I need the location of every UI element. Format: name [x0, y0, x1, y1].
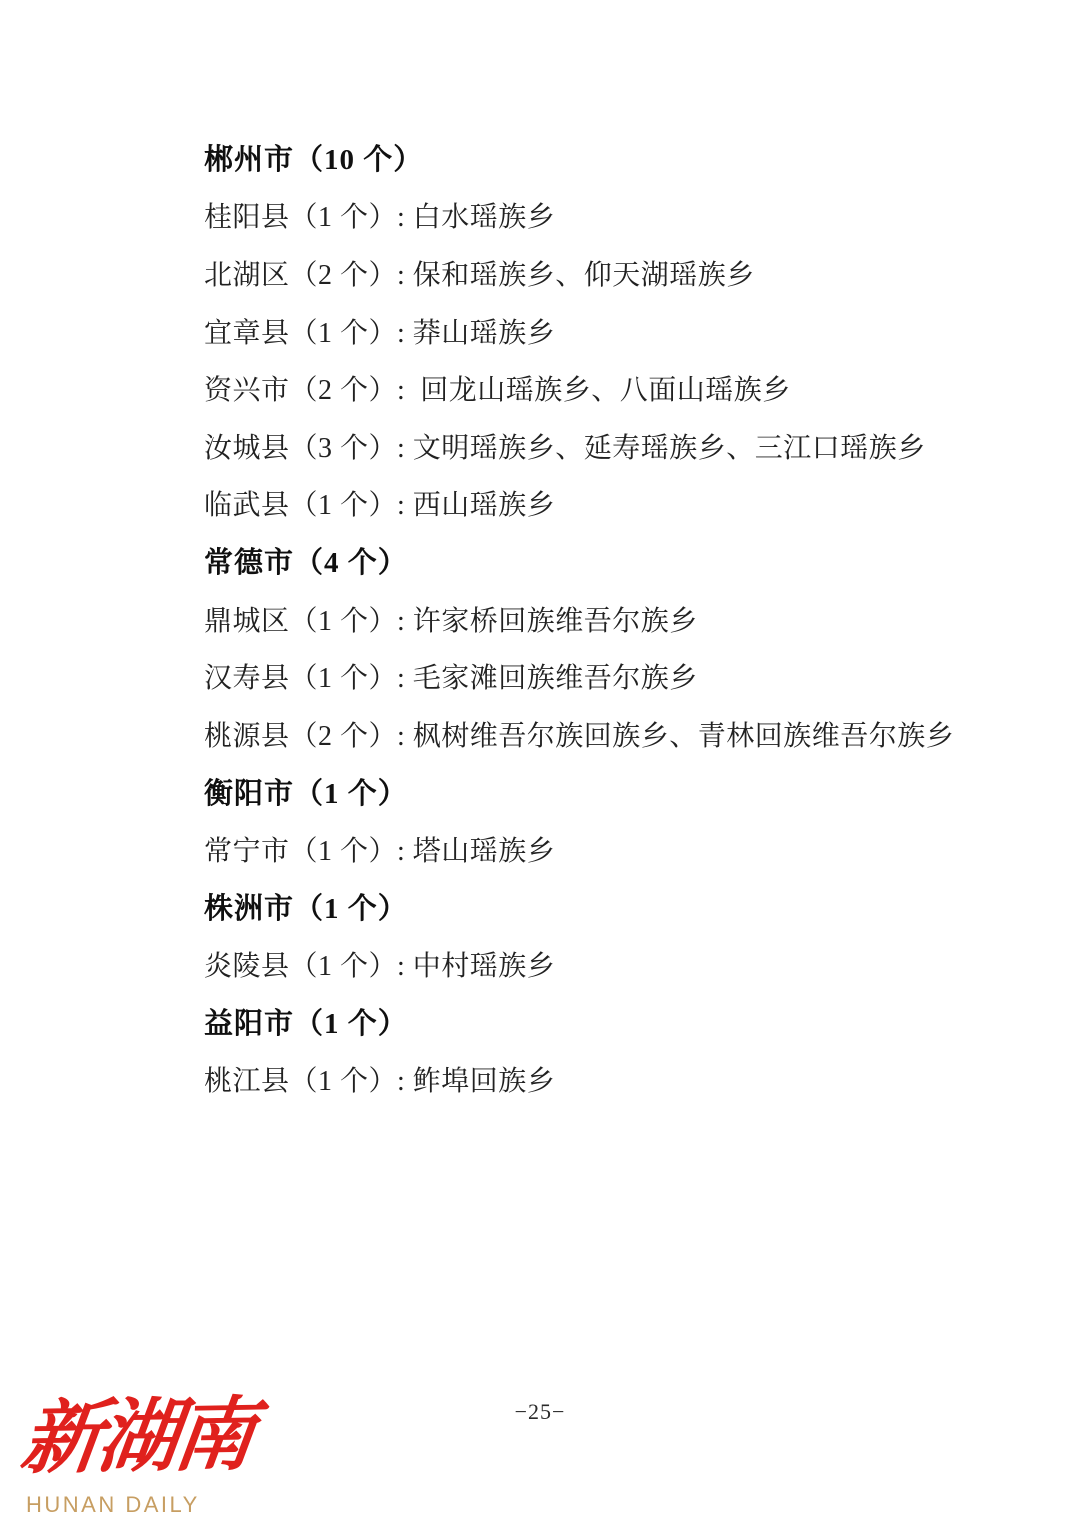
entry-linwu-county: 临武县（1 个）: 西山瑶族乡: [204, 475, 1040, 533]
city-heading-hengyang: 衡阳市（1 个）: [204, 763, 1040, 821]
entry-rucheng-county: 汝城县（3 个）: 文明瑶族乡、延寿瑶族乡、三江口瑶族乡: [204, 417, 1040, 475]
entry-yanling-county: 炎陵县（1 个）: 中村瑶族乡: [204, 935, 1040, 993]
section-zhuzhou: 株洲市（1 个） 炎陵县（1 个）: 中村瑶族乡: [204, 878, 1040, 993]
entry-guiyang-county: 桂阳县（1 个）: 白水瑶族乡: [204, 187, 1040, 245]
city-heading-chenzhou: 郴州市（10 个）: [204, 129, 1040, 187]
document-page: { "document": { "sections": [ { "city": …: [0, 0, 1080, 1527]
city-heading-yiyang: 益阳市（1 个）: [204, 993, 1040, 1051]
section-hengyang: 衡阳市（1 个） 常宁市（1 个）: 塔山瑶族乡: [204, 763, 1040, 878]
entry-yizhang-county: 宜章县（1 个）: 莽山瑶族乡: [204, 302, 1040, 360]
entry-hanshou-county: 汉寿县（1 个）: 毛家滩回族维吾尔族乡: [204, 647, 1040, 705]
entry-changning-city: 常宁市（1 个）: 塔山瑶族乡: [204, 820, 1040, 878]
city-heading-changde: 常德市（4 个）: [204, 532, 1040, 590]
section-chenzhou: 郴州市（10 个） 桂阳县（1 个）: 白水瑶族乡 北湖区（2 个）: 保和瑶族…: [204, 129, 1040, 532]
section-yiyang: 益阳市（1 个） 桃江县（1 个）: 鲊埠回族乡: [204, 993, 1040, 1108]
document-body: 郴州市（10 个） 桂阳县（1 个）: 白水瑶族乡 北湖区（2 个）: 保和瑶族…: [204, 129, 1040, 1108]
logo-english-text: HUNAN DAILY: [26, 1492, 246, 1518]
logo-chinese-text: 新湖南: [16, 1388, 258, 1488]
section-changde: 常德市（4 个） 鼎城区（1 个）: 许家桥回族维吾尔族乡 汉寿县（1 个）: …: [204, 532, 1040, 762]
entry-beihu-district: 北湖区（2 个）: 保和瑶族乡、仰天湖瑶族乡: [204, 244, 1040, 302]
entry-taoyuan-county: 桃源县（2 个）: 枫树维吾尔族回族乡、青林回族维吾尔族乡: [204, 705, 1040, 763]
city-heading-zhuzhou: 株洲市（1 个）: [204, 878, 1040, 936]
entry-taojiang-county: 桃江县（1 个）: 鲊埠回族乡: [204, 1051, 1040, 1109]
entry-dingcheng-district: 鼎城区（1 个）: 许家桥回族维吾尔族乡: [204, 590, 1040, 648]
entry-zixing-city: 资兴市（2 个）: 回龙山瑶族乡、八面山瑶族乡: [204, 359, 1040, 417]
hunan-daily-logo: 新湖南 HUNAN DAILY: [16, 1392, 246, 1518]
